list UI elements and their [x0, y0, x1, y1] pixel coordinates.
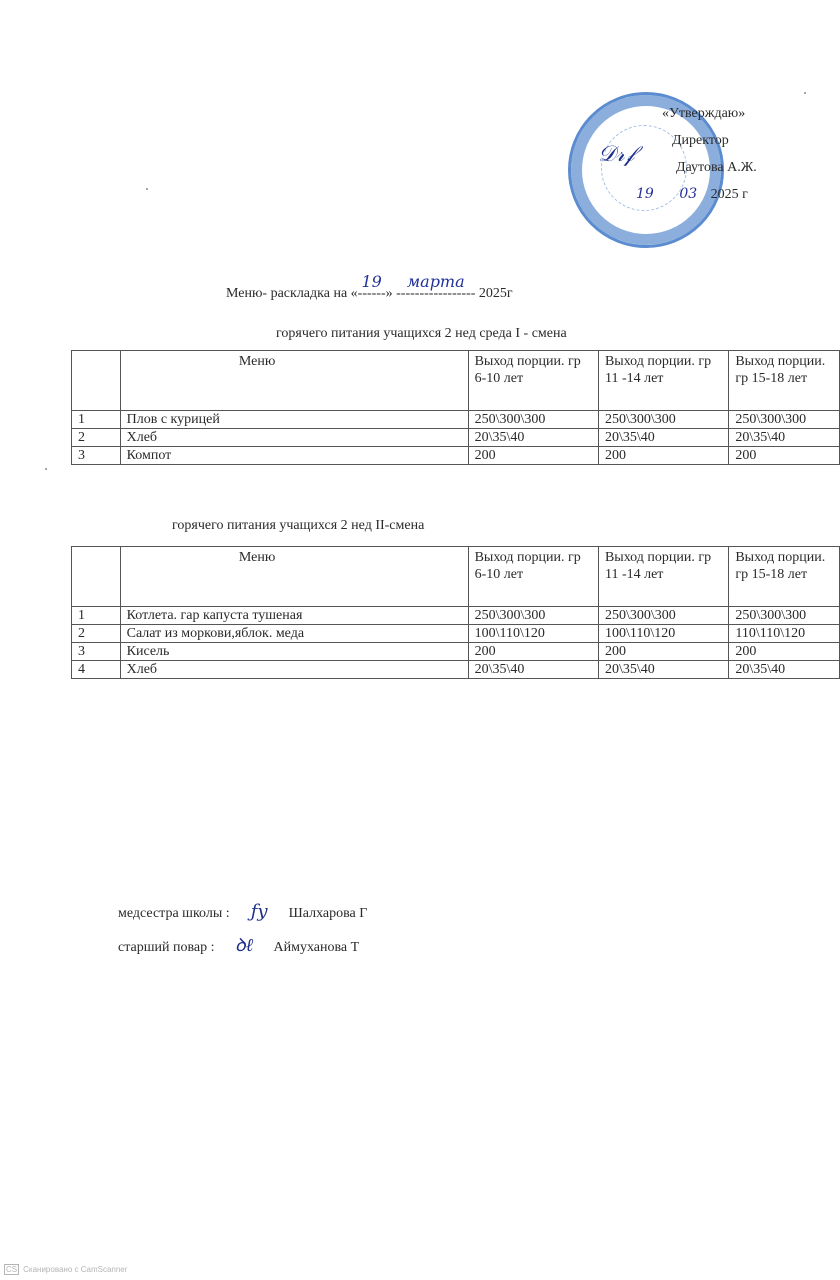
- row-portion-11-14: 20\35\40: [598, 429, 728, 447]
- table-row: 1 Плов с курицей 250\300\300 250\300\300…: [72, 411, 840, 429]
- signatures-block: медсестра школы : ƒy Шалхарова Г старший…: [118, 896, 367, 964]
- row-dish: Компот: [120, 447, 468, 465]
- title-month-handwritten: марта: [407, 272, 465, 291]
- signer-name: Аймуханова Т: [274, 940, 360, 955]
- scanner-watermark: CS Сканировано с CamScanner: [4, 1264, 127, 1275]
- signer-role: медсестра школы :: [118, 906, 230, 921]
- row-dish: Котлета. гар капуста тушеная: [120, 607, 468, 625]
- title-year: 2025г: [479, 286, 513, 301]
- row-num: 4: [72, 661, 121, 679]
- title-month: ----------------- марта: [396, 286, 475, 302]
- row-portion-11-14: 250\300\300: [598, 411, 728, 429]
- menu-table-shift2: Меню Выход порции. гр 6-10 лет Выход пор…: [71, 546, 840, 679]
- scan-speck: [146, 188, 148, 190]
- header-age-11-14: Выход порции. гр 11 -14 лет: [598, 547, 728, 607]
- document-title: Меню- раскладка на «------» 19 ---------…: [226, 286, 513, 302]
- table-row: 2 Хлеб 20\35\40 20\35\40 20\35\40: [72, 429, 840, 447]
- section1-subtitle: горячего питания учащихся 2 нед среда I …: [276, 326, 567, 342]
- row-portion-15-18: 250\300\300: [729, 411, 840, 429]
- row-portion-6-10: 20\35\40: [468, 661, 598, 679]
- watermark-text: Сканировано с CamScanner: [23, 1265, 127, 1274]
- header-age-6-10: Выход порции. гр 6-10 лет: [468, 351, 598, 411]
- approval-block: «Утверждаю» Директор Даутова А.Ж. 19 03 …: [650, 100, 840, 208]
- row-dish: Хлеб: [120, 661, 468, 679]
- scan-speck: [45, 468, 47, 470]
- approval-year: 2025 г: [711, 187, 748, 202]
- header-num: [72, 547, 121, 607]
- header-age-11-14: Выход порции. гр 11 -14 лет: [598, 351, 728, 411]
- header-num: [72, 351, 121, 411]
- row-portion-6-10: 250\300\300: [468, 607, 598, 625]
- approval-title: «Утверждаю»: [650, 100, 840, 127]
- row-dish: Хлеб: [120, 429, 468, 447]
- table-row: 3 Компот 200 200 200: [72, 447, 840, 465]
- title-prefix: Меню- раскладка на: [226, 286, 347, 301]
- table-row: 1 Котлета. гар капуста тушеная 250\300\3…: [72, 607, 840, 625]
- row-portion-11-14: 200: [598, 643, 728, 661]
- row-portion-15-18: 200: [729, 643, 840, 661]
- signer-role: старший повар :: [118, 940, 215, 955]
- header-age-15-18: Выход порции. гр 15-18 лет: [729, 351, 840, 411]
- row-portion-15-18: 110\110\120: [729, 625, 840, 643]
- row-num: 2: [72, 625, 121, 643]
- title-day-handwritten: 19: [361, 272, 381, 291]
- approval-date-month: 03: [679, 186, 697, 202]
- row-dish: Кисель: [120, 643, 468, 661]
- row-num: 3: [72, 447, 121, 465]
- approval-date-day: 19: [636, 186, 654, 202]
- table-header: Меню Выход порции. гр 6-10 лет Выход пор…: [72, 351, 840, 411]
- header-menu: Меню: [120, 351, 468, 411]
- row-dish: Салат из моркови,яблок. меда: [120, 625, 468, 643]
- scan-speck: [804, 92, 806, 94]
- row-portion-6-10: 20\35\40: [468, 429, 598, 447]
- signature-mark: ƒy: [233, 896, 285, 928]
- approval-date: 19 03 2025 г: [650, 181, 840, 208]
- signature-mark: ꝺℓ: [218, 930, 270, 962]
- signer-nurse: медсестра школы : ƒy Шалхарова Г: [118, 896, 367, 930]
- row-portion-11-14: 100\110\120: [598, 625, 728, 643]
- menu-table-shift1: Меню Выход порции. гр 6-10 лет Выход пор…: [71, 350, 840, 465]
- approval-position: Директор: [650, 127, 840, 154]
- row-portion-11-14: 250\300\300: [598, 607, 728, 625]
- header-age-15-18: Выход порции. гр 15-18 лет: [729, 547, 840, 607]
- row-portion-15-18: 250\300\300: [729, 607, 840, 625]
- row-portion-6-10: 200: [468, 447, 598, 465]
- row-portion-15-18: 20\35\40: [729, 661, 840, 679]
- row-portion-11-14: 20\35\40: [598, 661, 728, 679]
- row-portion-15-18: 200: [729, 447, 840, 465]
- table-header: Меню Выход порции. гр 6-10 лет Выход пор…: [72, 547, 840, 607]
- signer-name: Шалхарова Г: [289, 906, 368, 921]
- header-menu: Меню: [120, 547, 468, 607]
- camscanner-logo-icon: CS: [4, 1264, 19, 1275]
- table-row: 4 Хлеб 20\35\40 20\35\40 20\35\40: [72, 661, 840, 679]
- signer-cook: старший повар : ꝺℓ Аймуханова Т: [118, 930, 367, 964]
- row-num: 2: [72, 429, 121, 447]
- row-portion-6-10: 200: [468, 643, 598, 661]
- row-portion-6-10: 100\110\120: [468, 625, 598, 643]
- row-portion-11-14: 200: [598, 447, 728, 465]
- title-day: «------» 19: [351, 286, 393, 302]
- row-portion-6-10: 250\300\300: [468, 411, 598, 429]
- director-signature: 𝒟𝓇𝒻: [598, 142, 635, 167]
- row-num: 1: [72, 607, 121, 625]
- row-num: 3: [72, 643, 121, 661]
- header-age-6-10: Выход порции. гр 6-10 лет: [468, 547, 598, 607]
- table-row: 3 Кисель 200 200 200: [72, 643, 840, 661]
- row-dish: Плов с курицей: [120, 411, 468, 429]
- approval-name: Даутова А.Ж.: [650, 154, 840, 181]
- row-num: 1: [72, 411, 121, 429]
- section2-subtitle: горячего питания учащихся 2 нед II-смена: [172, 518, 424, 534]
- row-portion-15-18: 20\35\40: [729, 429, 840, 447]
- table-row: 2 Салат из моркови,яблок. меда 100\110\1…: [72, 625, 840, 643]
